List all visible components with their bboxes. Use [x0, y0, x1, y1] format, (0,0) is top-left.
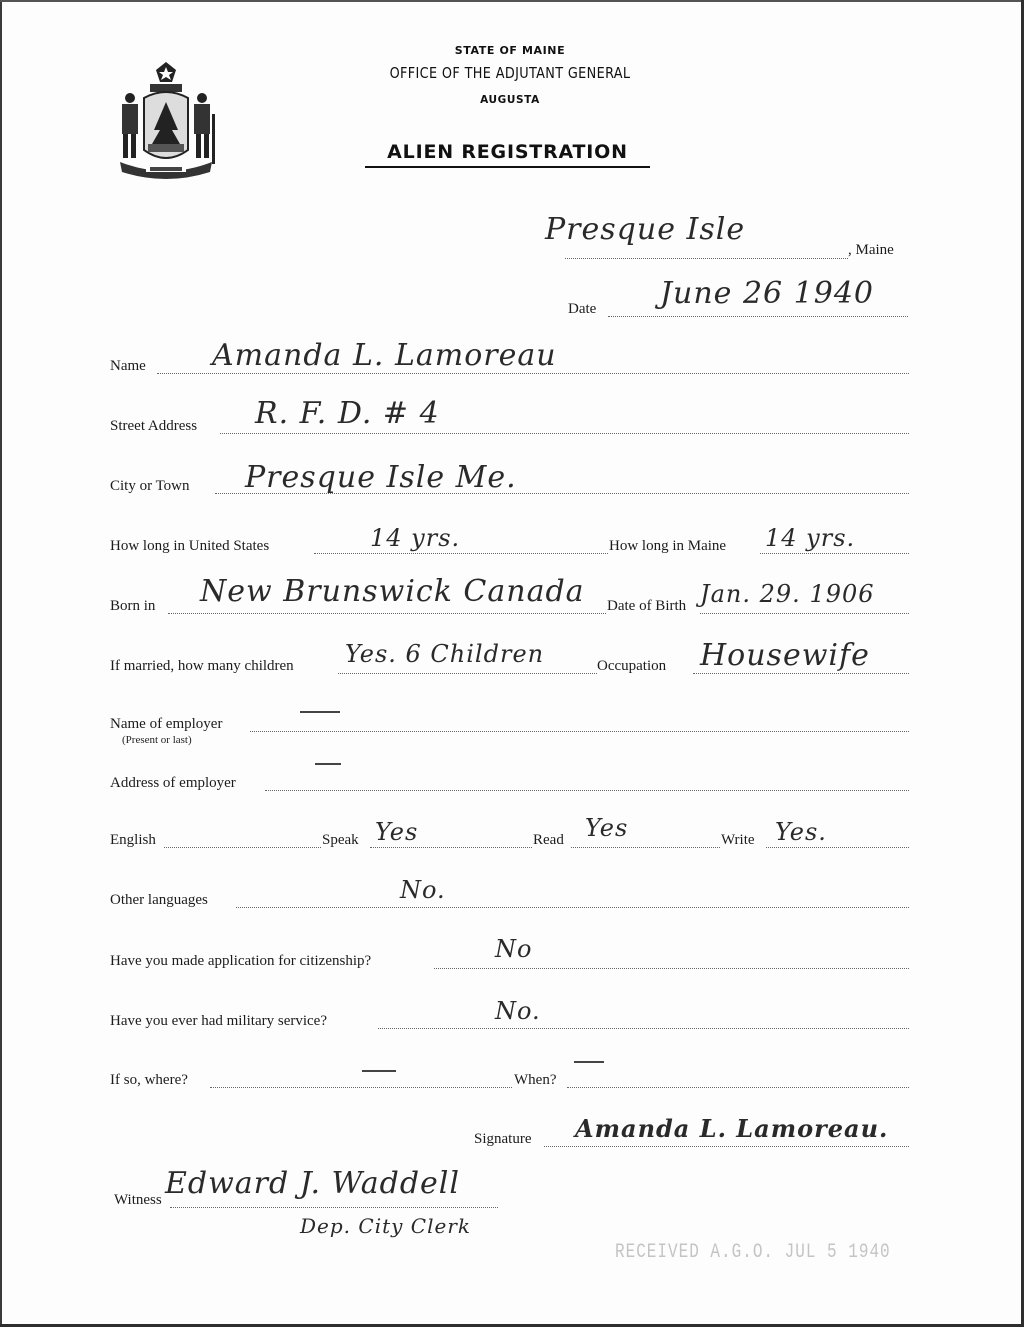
occupation-label: Occupation	[597, 658, 666, 675]
read-value[interactable]: Yes	[585, 814, 628, 842]
header-state: STATE OF MAINE	[330, 44, 690, 57]
employer-name-dash[interactable]	[300, 711, 340, 713]
street-label: Street Address	[110, 418, 197, 435]
military-leader	[378, 1028, 909, 1029]
speak-leader	[370, 847, 532, 848]
born-in-value[interactable]: New Brunswick Canada	[200, 574, 585, 609]
street-leader	[220, 433, 909, 434]
employer-name-label: Name of employer	[110, 716, 222, 733]
dob-leader	[700, 613, 909, 614]
when-label: When?	[514, 1072, 556, 1089]
scan-border-top	[0, 0, 1024, 2]
employer-name-sublabel: (Present or last)	[122, 734, 192, 746]
date-label: Date	[568, 301, 596, 318]
citizenship-label: Have you made application for citizenshi…	[110, 953, 371, 970]
other-languages-value[interactable]: No.	[400, 876, 446, 904]
employer-address-dash[interactable]	[315, 763, 341, 765]
children-leader	[338, 673, 597, 674]
occupation-leader	[693, 673, 909, 674]
header-city: AUGUSTA	[330, 94, 690, 106]
date-leader	[608, 316, 908, 317]
dob-value[interactable]: Jan. 29. 1906	[700, 580, 875, 608]
us-duration-leader	[314, 553, 608, 554]
military-label: Have you ever had military service?	[110, 1013, 327, 1030]
town-leader	[565, 258, 848, 259]
witness-title: Dep. City Clerk	[300, 1214, 471, 1238]
us-duration-value[interactable]: 14 yrs.	[370, 524, 460, 552]
employer-name-leader	[250, 731, 909, 732]
other-languages-label: Other languages	[110, 892, 208, 909]
city-label: City or Town	[110, 478, 190, 495]
witness-leader	[170, 1207, 498, 1208]
where-leader	[210, 1087, 512, 1088]
form-title: ALIEN REGISTRATION	[365, 141, 650, 168]
maine-duration-label: How long in Maine	[609, 538, 726, 555]
children-label: If married, how many children	[110, 658, 294, 675]
name-value[interactable]: Amanda L. Lamoreau	[212, 338, 557, 373]
born-in-leader	[168, 613, 606, 614]
state-suffix: , Maine	[848, 242, 894, 259]
speak-value[interactable]: Yes	[375, 818, 418, 846]
maine-duration-value[interactable]: 14 yrs.	[765, 524, 855, 552]
write-value[interactable]: Yes.	[775, 818, 827, 846]
maine-state-seal-icon	[110, 58, 222, 183]
other-languages-leader	[236, 907, 909, 908]
town-value[interactable]: Presque Isle	[545, 212, 745, 247]
date-value[interactable]: June 26 1940	[660, 276, 874, 311]
employer-address-leader	[265, 790, 909, 791]
citizenship-value[interactable]: No	[495, 935, 532, 963]
read-leader	[571, 847, 720, 848]
name-leader	[157, 373, 909, 374]
header-office: OFFICE OF THE ADJUTANT GENERAL	[344, 64, 675, 82]
employer-address-label: Address of employer	[110, 775, 236, 792]
when-dash[interactable]	[574, 1061, 604, 1063]
read-label: Read	[533, 832, 564, 849]
signature-leader	[544, 1146, 909, 1147]
maine-duration-leader	[760, 553, 909, 554]
military-value[interactable]: No.	[495, 997, 541, 1025]
speak-label: Speak	[322, 832, 359, 849]
write-leader	[766, 847, 909, 848]
citizenship-leader	[434, 968, 909, 969]
where-dash[interactable]	[362, 1070, 396, 1072]
received-stamp: RECEIVED A.G.O. JUL 5 1940	[615, 1241, 891, 1264]
witness-value[interactable]: Edward J. Waddell	[165, 1166, 460, 1201]
where-label: If so, where?	[110, 1072, 188, 1089]
name-label: Name	[110, 358, 146, 375]
street-value[interactable]: R. F. D. # 4	[255, 396, 440, 431]
children-value[interactable]: Yes. 6 Children	[345, 640, 544, 668]
witness-label: Witness	[114, 1192, 162, 1209]
english-leader	[164, 847, 321, 848]
us-duration-label: How long in United States	[110, 538, 269, 555]
occupation-value[interactable]: Housewife	[700, 638, 870, 673]
write-label: Write	[721, 832, 755, 849]
signature-value[interactable]: Amanda L. Lamoreau.	[575, 1114, 888, 1143]
english-label: English	[110, 832, 156, 849]
born-in-label: Born in	[110, 598, 155, 615]
scan-border-left	[0, 0, 2, 1327]
dob-label: Date of Birth	[607, 598, 686, 615]
when-leader	[567, 1087, 909, 1088]
signature-label: Signature	[474, 1131, 532, 1148]
city-value[interactable]: Presque Isle Me.	[245, 460, 517, 495]
